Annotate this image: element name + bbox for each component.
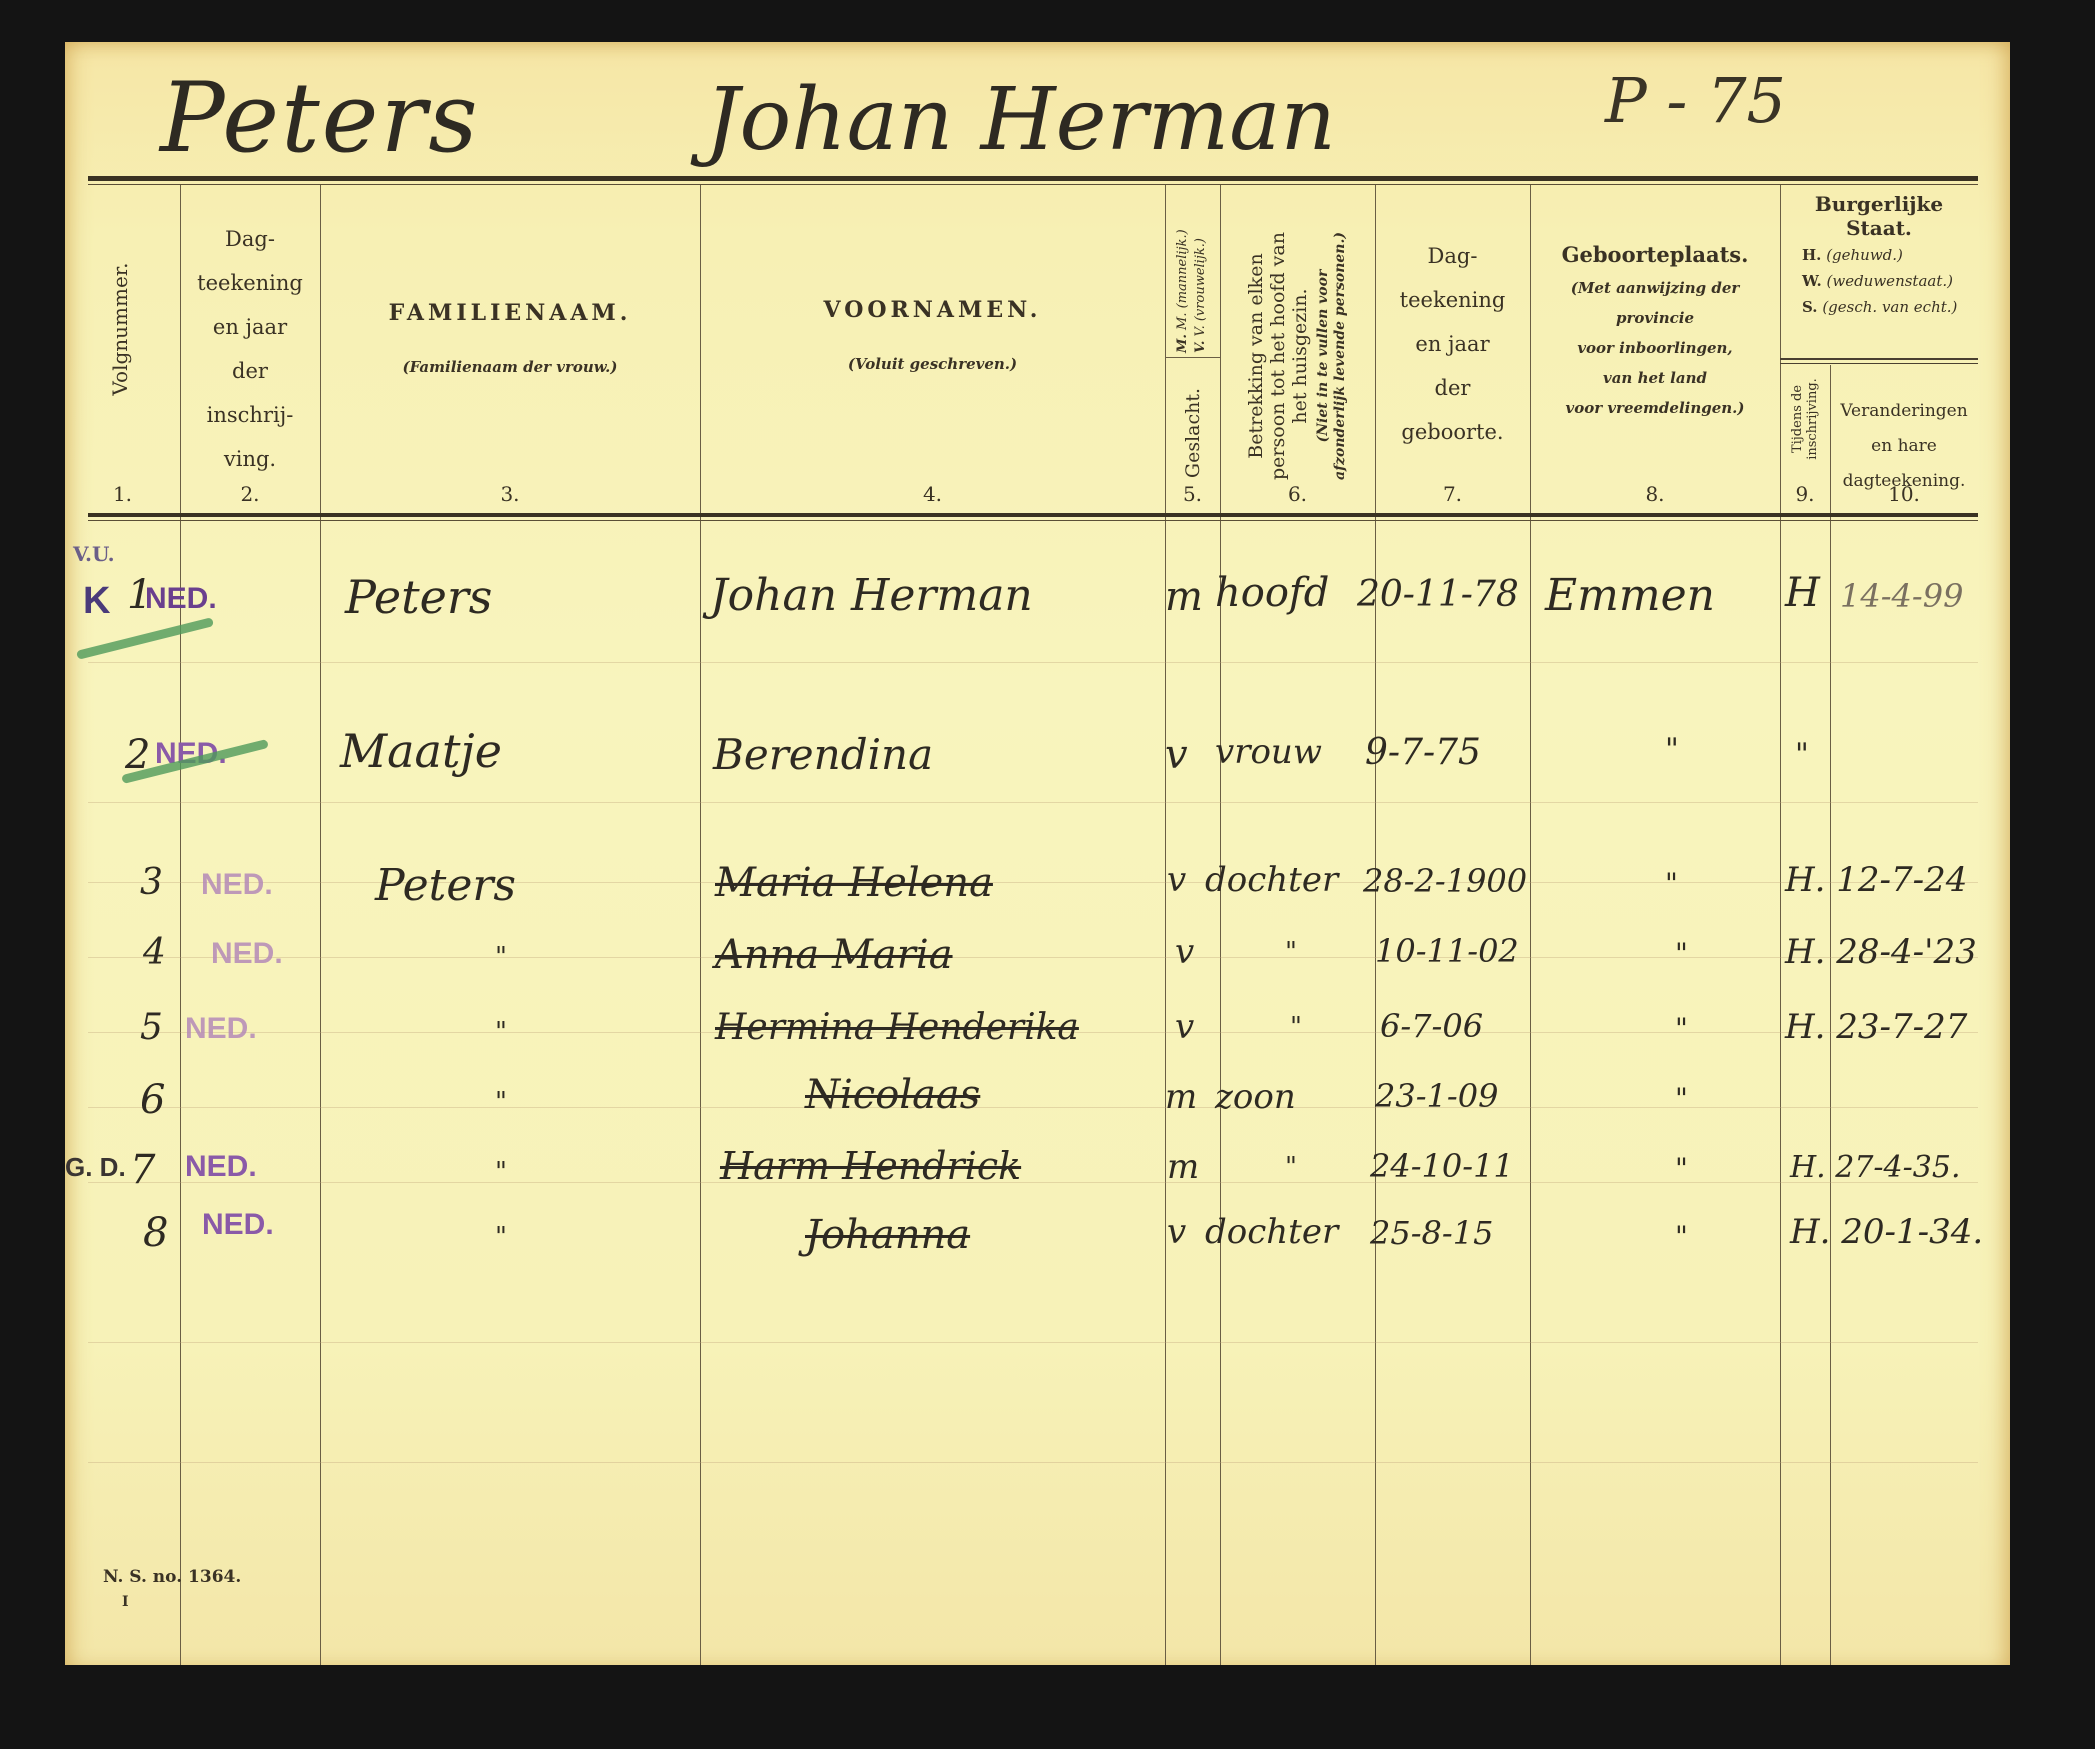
row-geboortedatum: 23-1-09 — [1375, 1077, 1498, 1115]
header-line: geboorte. — [1375, 410, 1530, 454]
header-line: teekening — [180, 261, 320, 305]
header-line: inschrij- — [180, 393, 320, 437]
row-volgnummer: 6 — [140, 1077, 165, 1123]
header-line: Veranderingen — [1830, 394, 1978, 429]
ruled-line — [88, 1107, 1978, 1108]
header-line: het huisgezin. — [1289, 206, 1311, 506]
header-note: (Niet in te vullen voor — [1315, 206, 1332, 506]
card-title-given-names: Johan Herman — [705, 70, 1336, 170]
form-number: N. S. no. 1364. — [103, 1567, 241, 1587]
column-divider — [1780, 185, 1781, 1665]
row-betrekking: hoofd — [1215, 570, 1329, 616]
header-line: persoon tot het hoofd van — [1267, 206, 1289, 506]
row-mark-vu: V.U. — [73, 542, 115, 566]
row-veranderingen: H. 20-1-34. — [1790, 1212, 1983, 1252]
header-betrekking: Betrekking van elken persoon tot het hoo… — [1245, 206, 1349, 506]
header-title: Geboorteplaats. — [1530, 242, 1780, 267]
header-line: der — [180, 349, 320, 393]
ned-stamp: NED. — [145, 582, 217, 616]
row-betrekking: dochter — [1205, 860, 1338, 900]
row-geslacht: m — [1165, 574, 1203, 620]
row-geboorteplaats: Emmen — [1545, 570, 1715, 621]
ruled-line — [88, 1462, 1978, 1463]
row-mark-gd: G. D. — [65, 1152, 126, 1183]
header-line: der — [1375, 366, 1530, 410]
legend-v: V. (vrouwelijk.) — [1193, 238, 1208, 336]
ned-stamp: NED. — [185, 1150, 257, 1184]
column-number: 4. — [700, 482, 1165, 506]
header-tijdens-inschrijving: Tijdens de inschrijving. — [1790, 359, 1820, 479]
column-number: 8. — [1530, 482, 1780, 506]
header-line: Tijdens de — [1790, 359, 1805, 479]
row-familienaam: " — [495, 1087, 507, 1117]
row-geboorteplaats: " — [1675, 1012, 1688, 1045]
row-voornamen: Hermina Henderika — [715, 1007, 1079, 1048]
row-geslacht: v — [1175, 932, 1194, 972]
header-body-rule-thin — [88, 520, 1978, 521]
column-number: 9. — [1780, 482, 1830, 506]
legend-desc: (gesch. van echt.) — [1822, 298, 1957, 316]
row-volgnummer: 4 — [143, 932, 166, 973]
row-geboorteplaats: " — [1675, 937, 1688, 970]
row-geslacht: v — [1175, 1007, 1194, 1047]
row-geboorteplaats: " — [1665, 732, 1679, 767]
header-title: Burgerlijke Staat. — [1780, 192, 1978, 240]
legend-code: S. — [1802, 298, 1818, 316]
row-betrekking: dochter — [1205, 1212, 1338, 1252]
header-line: en hare — [1830, 429, 1978, 464]
header-note: provincie — [1530, 303, 1780, 333]
row-volgnummer: 7 — [130, 1147, 155, 1193]
ruled-line — [88, 1182, 1978, 1183]
title-rule — [88, 176, 1978, 181]
row-geboortedatum: 28-2-1900 — [1363, 862, 1527, 900]
ned-stamp: NED. — [202, 1208, 274, 1242]
row-betrekking: " — [1285, 1152, 1297, 1182]
row-betrekking: " — [1290, 1012, 1302, 1042]
row-familienaam: " — [495, 942, 507, 972]
header-voornamen: VOORNAMEN. (Voluit geschreven.) — [700, 297, 1165, 373]
header-note: (Met aanwijzing der — [1530, 273, 1780, 303]
header-geslacht-legend: M. M. (mannelijk.) V. V. (vrouwelijk.) — [1174, 183, 1210, 353]
row-volgnummer: 5 — [140, 1007, 163, 1048]
row-voornamen: Berendina — [713, 730, 933, 779]
header-line: inschrijving. — [1805, 359, 1820, 479]
header-line: en jaar — [1375, 322, 1530, 366]
row-volgnummer: 8 — [143, 1210, 168, 1256]
row-betrekking: " — [1285, 937, 1297, 967]
header-familienaam: FAMILIENAAM. (Familienaam der vrouw.) — [320, 300, 700, 376]
row-staat-inschrijving: H — [1785, 570, 1820, 616]
ned-stamp: NED. — [201, 868, 273, 902]
column-divider — [1220, 185, 1221, 1665]
row-geboorteplaats: " — [1665, 867, 1678, 900]
column-number: 10. — [1830, 482, 1978, 506]
legend-m: M. (mannelijk.) — [1175, 229, 1190, 330]
row-geslacht: v — [1167, 1212, 1186, 1252]
column-number: 7. — [1375, 482, 1530, 506]
column-number: 5. — [1165, 482, 1220, 506]
row-familienaam: " — [495, 1222, 507, 1252]
row-familienaam: Maatje — [340, 724, 502, 778]
green-pencil-strike — [76, 617, 214, 660]
header-subtitle: (Familienaam der vrouw.) — [320, 358, 700, 376]
row-veranderingen: H. 23-7-27 — [1785, 1007, 1967, 1047]
header-line: Dag- — [180, 217, 320, 261]
row-volgnummer: 3 — [140, 862, 163, 903]
ned-stamp: NED. — [185, 1012, 257, 1046]
row-veranderingen: H. 28-4-'23 — [1785, 932, 1977, 972]
card-title-surname: Peters — [160, 62, 480, 174]
row-veranderingen: 14-4-99 — [1840, 577, 1963, 615]
header-note: voor inboorlingen, — [1530, 333, 1780, 363]
row-geboortedatum: 10-11-02 — [1375, 932, 1519, 970]
row-geslacht: m — [1167, 1147, 1199, 1187]
row-familienaam: Peters — [375, 860, 516, 911]
legend-desc: (weduwenstaat.) — [1827, 272, 1953, 290]
ned-stamp: NED. — [211, 937, 283, 971]
legend-desc: (gehuwd.) — [1826, 246, 1903, 264]
header-line: en jaar — [180, 305, 320, 349]
header-line: teekening — [1375, 278, 1530, 322]
row-mark-k: K — [83, 580, 110, 623]
header-subtitle: (Voluit geschreven.) — [700, 355, 1165, 373]
register-card: Peters Johan Herman P - 75 Volgnummer. D… — [65, 42, 2010, 1665]
form-roman-numeral: I — [122, 1594, 129, 1610]
column-number: 2. — [180, 482, 320, 506]
header-inschrijving-date: Dag- teekening en jaar der inschrij- vin… — [180, 217, 320, 481]
row-veranderingen: H. 27-4-35. — [1790, 1150, 1960, 1185]
row-voornamen: Johanna — [805, 1212, 970, 1258]
header-title: VOORNAMEN. — [700, 297, 1165, 323]
row-geboortedatum: 25-8-15 — [1370, 1214, 1493, 1252]
row-geboortedatum: 6-7-06 — [1380, 1007, 1483, 1045]
header-geboorte-date: Dag- teekening en jaar der geboorte. — [1375, 234, 1530, 454]
header-volgnummer: Volgnummer. — [108, 234, 132, 424]
ruled-line — [88, 1342, 1978, 1343]
legend-code: W. — [1802, 272, 1822, 290]
row-geslacht: m — [1165, 1077, 1197, 1117]
row-geslacht: v — [1165, 732, 1188, 778]
row-betrekking: vrouw — [1215, 732, 1322, 772]
header-line: ving. — [180, 437, 320, 481]
row-familienaam: " — [495, 1017, 507, 1047]
row-familienaam: Peters — [345, 570, 492, 624]
row-veranderingen: H. 12-7-24 — [1785, 860, 1967, 900]
row-geboortedatum: 9-7-75 — [1365, 732, 1481, 773]
ruled-line — [88, 662, 1978, 663]
row-staat-inschrijving: " — [1795, 737, 1809, 772]
column-divider — [1165, 185, 1166, 1665]
header-geboorteplaats: Geboorteplaats. (Met aanwijzing der prov… — [1530, 242, 1780, 423]
column-number: 6. — [1220, 482, 1375, 506]
row-voornamen: Nicolaas — [805, 1072, 980, 1118]
header-burgerlijke-staat: Burgerlijke Staat. H. (gehuwd.) W. (wedu… — [1780, 192, 1978, 320]
column-divider — [700, 185, 701, 1665]
header-note: van het land — [1530, 363, 1780, 393]
ruled-line — [88, 957, 1978, 958]
row-geboortedatum: 24-10-11 — [1370, 1147, 1514, 1185]
row-familienaam: " — [495, 1157, 507, 1187]
header-line: Dag- — [1375, 234, 1530, 278]
row-geboortedatum: 20-11-78 — [1357, 574, 1519, 615]
title-rule-thin — [88, 184, 1978, 185]
ruled-line — [88, 882, 1978, 883]
row-voornamen: Harm Hendrick — [720, 1144, 1021, 1188]
header-title: FAMILIENAAM. — [320, 300, 700, 326]
row-geboorteplaats: " — [1675, 1082, 1688, 1115]
header-body-rule — [88, 513, 1978, 517]
row-voornamen: Johan Herman — [710, 570, 1033, 621]
legend-code: H. — [1802, 246, 1821, 264]
header-note: afzonderlijk levende personen.) — [1332, 206, 1349, 506]
row-voornamen: Maria Helena — [715, 860, 993, 906]
column-number: 1. — [65, 482, 180, 506]
row-geslacht: v — [1167, 860, 1186, 900]
card-code: P - 75 — [1605, 64, 1786, 137]
row-betrekking: zoon — [1215, 1077, 1296, 1117]
row-voornamen: Anna Maria — [715, 932, 953, 978]
header-note: voor vreemdelingen.) — [1530, 393, 1780, 423]
row-geboorteplaats: " — [1675, 1152, 1688, 1185]
column-number: 3. — [320, 482, 700, 506]
column-divider — [320, 185, 321, 1665]
ruled-line — [88, 802, 1978, 803]
header-line: Betrekking van elken — [1245, 206, 1267, 506]
row-geboorteplaats: " — [1675, 1220, 1688, 1253]
